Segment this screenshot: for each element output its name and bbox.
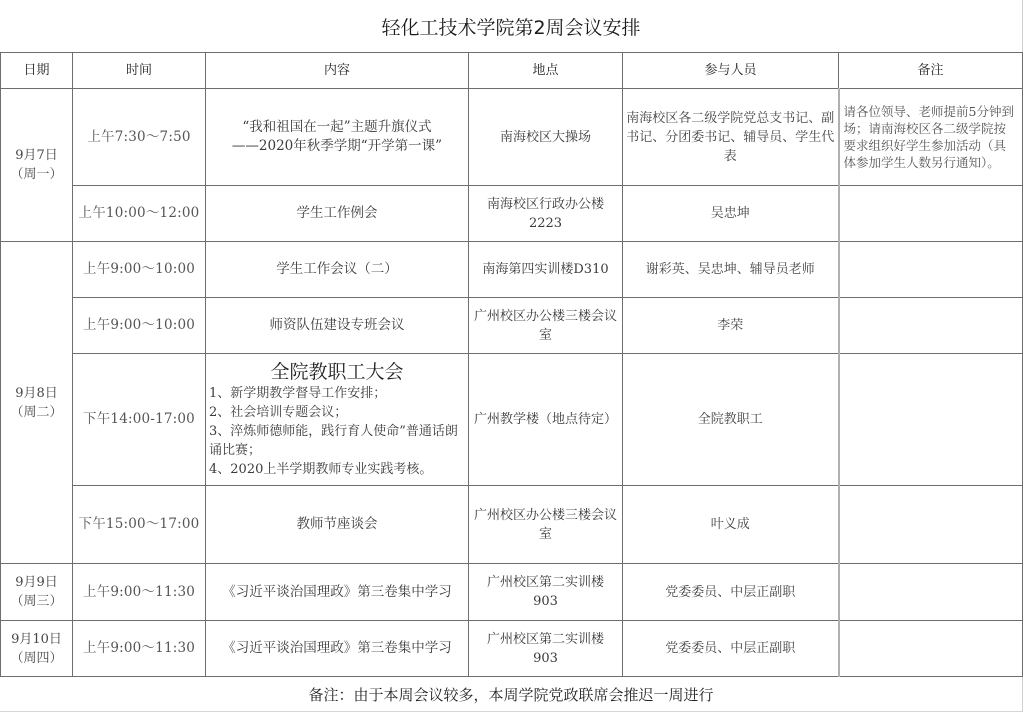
place-cell: 广州校区办公楼三楼会议室 — [469, 298, 623, 354]
content-cell: 学生工作会议（二） — [206, 242, 469, 298]
date-cell: 9月7日 （周一） — [1, 89, 73, 242]
place-cell: 广州教学楼（地点待定） — [469, 354, 623, 486]
time-cell: 上午9:00～10:00 — [73, 298, 206, 354]
note-cell — [839, 186, 1023, 242]
table-row: 下午14:00-17:00 全院教职工大会 1、新学期教学督导工作安排； 2、社… — [1, 354, 1023, 486]
place-cell: 广州校区办公楼三楼会议室 — [469, 486, 623, 564]
time-cell: 上午9:00～11:30 — [73, 621, 206, 677]
place-cell: 南海校区大操场 — [469, 89, 623, 186]
content-cell: 《习近平谈治国理政》第三卷集中学习 — [206, 564, 469, 621]
weekday-label: （周一） — [4, 165, 69, 184]
time-cell: 下午14:00-17:00 — [73, 354, 206, 486]
note-cell — [839, 354, 1023, 486]
content-cell: 全院教职工大会 1、新学期教学督导工作安排； 2、社会培训专题会议； 3、淬炼师… — [206, 354, 469, 486]
header-note: 备注 — [839, 53, 1023, 89]
table-row: 9月10日 （周四） 上午9:00～11:30 《习近平谈治国理政》第三卷集中学… — [1, 621, 1023, 677]
date-label: 9月10日 — [4, 630, 69, 649]
header-date: 日期 — [1, 53, 73, 89]
note-cell — [839, 486, 1023, 564]
table-row: 上午10:00～12:00 学生工作例会 南海校区行政办公楼 2223 吴忠坤 — [1, 186, 1023, 242]
people-cell: 李荣 — [623, 298, 839, 354]
place-line: 广州校区第二实训楼 — [472, 630, 619, 649]
page-title: 轻化工技术学院第2周会议安排 — [0, 0, 1022, 53]
content-cell: 教师节座谈会 — [206, 486, 469, 564]
weekday-label: （周四） — [4, 649, 69, 668]
header-content: 内容 — [206, 53, 469, 89]
place-line: 南海校区行政办公楼 — [472, 195, 619, 214]
date-label: 9月9日 — [4, 573, 69, 592]
content-item: 3、淬炼师德师能，践行育人使命”普通话朗诵比赛； — [209, 422, 465, 460]
place-cell: 广州校区第二实训楼 903 — [469, 564, 623, 621]
note-cell — [839, 242, 1023, 298]
table-row: 9月8日 （周二） 上午9:00～10:00 学生工作会议（二） 南海第四实训楼… — [1, 242, 1023, 298]
table-row: 下午15:00～17:00 教师节座谈会 广州校区办公楼三楼会议室 叶义成 — [1, 486, 1023, 564]
table-row: 9月7日 （周一） 上午7:30～7:50 “我和祖国在一起”主题升旗仪式 ——… — [1, 89, 1023, 186]
content-cell: 《习近平谈治国理政》第三卷集中学习 — [206, 621, 469, 677]
content-item: 4、2020上半学期教师专业实践考核。 — [209, 460, 465, 479]
schedule-table: 日期 时间 内容 地点 参与人员 备注 9月7日 （周一） 上午7:30～7:5… — [0, 52, 1023, 677]
place-line: 广州校区第二实训楼 — [472, 573, 619, 592]
place-line: 903 — [472, 592, 619, 611]
place-line: 2223 — [472, 214, 619, 233]
date-cell: 9月8日 （周二） — [1, 242, 73, 564]
place-line: 903 — [472, 649, 619, 668]
place-cell: 广州校区第二实训楼 903 — [469, 621, 623, 677]
table-row: 上午9:00～10:00 师资队伍建设专班会议 广州校区办公楼三楼会议室 李荣 — [1, 298, 1023, 354]
place-cell: 南海第四实训楼D310 — [469, 242, 623, 298]
content-cell: 学生工作例会 — [206, 186, 469, 242]
content-item: 2、社会培训专题会议； — [209, 403, 465, 422]
content-cell: 师资队伍建设专班会议 — [206, 298, 469, 354]
schedule-sheet: 轻化工技术学院第2周会议安排 日期 时间 内容 地点 参与人员 备注 — [0, 0, 1023, 712]
content-line: “我和祖国在一起”主题升旗仪式 — [209, 118, 465, 137]
date-cell: 9月9日 （周三） — [1, 564, 73, 621]
note-cell: 请各位领导、老师提前5分钟到场；请南海校区各二级学院按要求组织好学生参加活动（具… — [839, 89, 1023, 186]
time-cell: 上午9:00～11:30 — [73, 564, 206, 621]
people-cell: 南海校区各二级学院党总支书记、副书记、分团委书记、辅导员、学生代表 — [623, 89, 839, 186]
weekday-label: （周二） — [4, 403, 69, 422]
note-cell — [839, 298, 1023, 354]
weekday-label: （周三） — [4, 592, 69, 611]
place-cell: 南海校区行政办公楼 2223 — [469, 186, 623, 242]
footer-note: 备注：由于本周会议较多，本周学院党政联席会推迟一周进行 — [0, 677, 1022, 712]
header-people: 参与人员 — [623, 53, 839, 89]
note-cell — [839, 621, 1023, 677]
people-cell: 党委委员、中层正副职 — [623, 564, 839, 621]
content-title: 全院教职工大会 — [209, 360, 465, 384]
table-row: 9月9日 （周三） 上午9:00～11:30 《习近平谈治国理政》第三卷集中学习… — [1, 564, 1023, 621]
people-cell: 叶义成 — [623, 486, 839, 564]
note-cell — [839, 564, 1023, 621]
people-cell: 吴忠坤 — [623, 186, 839, 242]
time-cell: 下午15:00～17:00 — [73, 486, 206, 564]
people-cell: 谢彩英、吴忠坤、辅导员老师 — [623, 242, 839, 298]
date-label: 9月7日 — [4, 146, 69, 165]
header-time: 时间 — [73, 53, 206, 89]
content-line: ——2020年秋季学期“开学第一课” — [209, 137, 465, 156]
time-cell: 上午9:00～10:00 — [73, 242, 206, 298]
content-item: 1、新学期教学督导工作安排； — [209, 384, 465, 403]
date-cell: 9月10日 （周四） — [1, 621, 73, 677]
time-cell: 上午7:30～7:50 — [73, 89, 206, 186]
header-row: 日期 时间 内容 地点 参与人员 备注 — [1, 53, 1023, 89]
content-cell: “我和祖国在一起”主题升旗仪式 ——2020年秋季学期“开学第一课” — [206, 89, 469, 186]
time-cell: 上午10:00～12:00 — [73, 186, 206, 242]
date-label: 9月8日 — [4, 384, 69, 403]
header-place: 地点 — [469, 53, 623, 89]
people-cell: 党委委员、中层正副职 — [623, 621, 839, 677]
people-cell: 全院教职工 — [623, 354, 839, 486]
